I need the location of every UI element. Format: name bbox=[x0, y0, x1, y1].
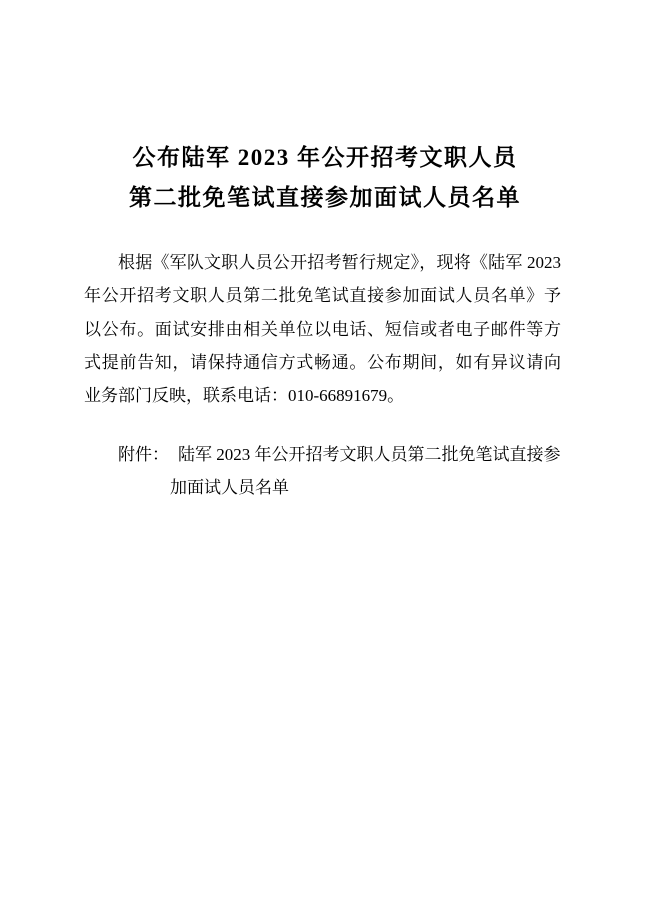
document-page: 公布陆军 2023 年公开招考文职人员 第二批免笔试直接参加面试人员名单 根据《… bbox=[0, 0, 650, 919]
body-line: 业务部门反映，联系电话：010-66891679。 bbox=[84, 379, 561, 412]
body-line: 以公布。面试安排由相关单位以电话、短信或者电子邮件等方 bbox=[84, 313, 561, 346]
document-title: 公布陆军 2023 年公开招考文职人员 第二批免笔试直接参加面试人员名单 bbox=[0, 138, 650, 218]
attachment-text-line: 加面试人员名单 bbox=[170, 471, 561, 504]
body-line: 根据《军队文职人员公开招考暂行规定》，现将《陆军 2023 bbox=[84, 246, 561, 279]
body-line: 式提前告知，请保持通信方式畅通。公布期间，如有异议请向 bbox=[84, 346, 561, 379]
title-line-1: 公布陆军 2023 年公开招考文职人员 bbox=[0, 138, 650, 178]
attachment-line: 附件：陆军 2023 年公开招考文职人员第二批免笔试直接参 bbox=[118, 438, 561, 471]
body-paragraph: 根据《军队文职人员公开招考暂行规定》，现将《陆军 2023 年公开招考文职人员第… bbox=[84, 246, 561, 412]
title-line-2: 第二批免笔试直接参加面试人员名单 bbox=[0, 178, 650, 218]
body-line: 年公开招考文职人员第二批免笔试直接参加面试人员名单》予 bbox=[84, 279, 561, 312]
attachment-label: 附件： bbox=[118, 445, 169, 464]
attachment-text-line: 陆军 2023 年公开招考文职人员第二批免笔试直接参 bbox=[178, 445, 561, 464]
attachment-section: 附件：陆军 2023 年公开招考文职人员第二批免笔试直接参 加面试人员名单 bbox=[84, 438, 561, 505]
